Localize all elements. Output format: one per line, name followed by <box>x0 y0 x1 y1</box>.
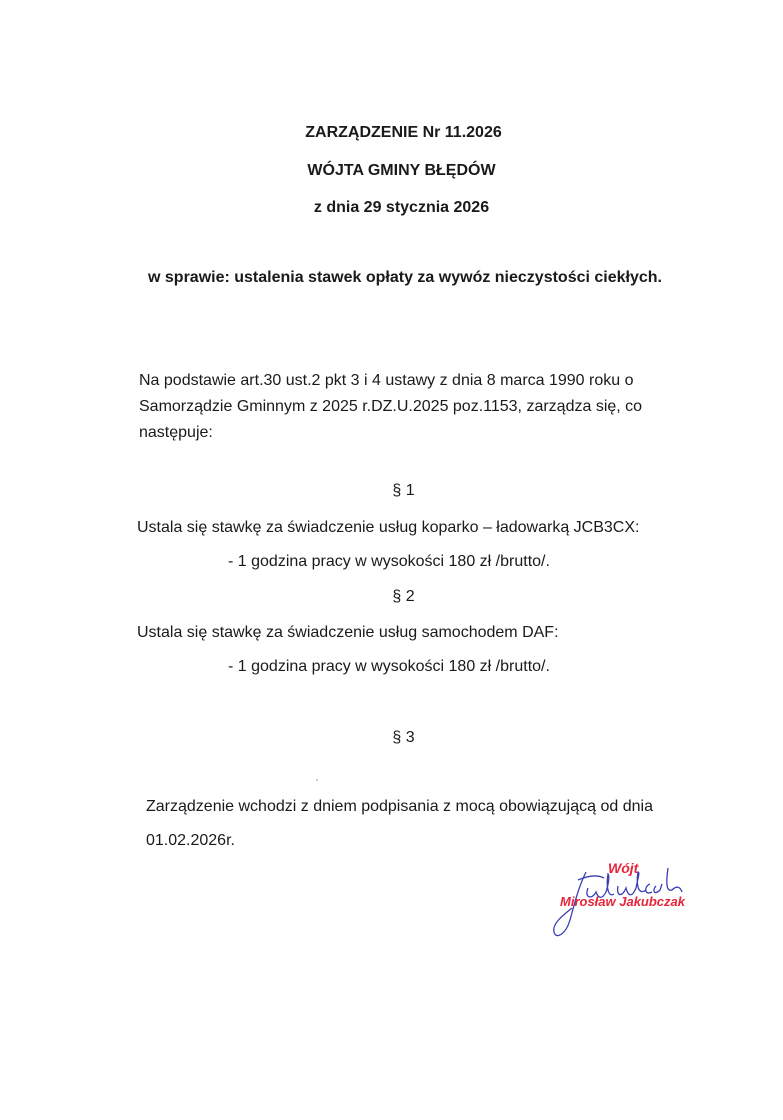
section-1-rate: - 1 godzina pracy w wysokości 180 zł /br… <box>228 553 550 571</box>
signature-name: Mirosław Jakubczak <box>560 894 685 909</box>
scan-speck <box>316 779 318 781</box>
section-symbol-1: § 1 <box>12 482 783 500</box>
legal-basis-paragraph: Na podstawie art.30 ust.2 pkt 3 i 4 usta… <box>139 368 659 446</box>
section-3-text: Zarządzenie wchodzi z dniem podpisania z… <box>146 798 653 816</box>
signature-title: Wójt <box>608 860 638 876</box>
section-2-rate: - 1 godzina pracy w wysokości 180 zł /br… <box>228 658 550 676</box>
section-symbol-2: § 2 <box>12 588 783 606</box>
section-2-text: Ustala się stawkę za świadczenie usług s… <box>137 624 559 642</box>
ordinance-number: ZARZĄDZENIE Nr 11.2026 <box>12 124 783 142</box>
signature-stamp: Wójt Mirosław Jakubczak <box>548 858 708 948</box>
issuer-title: WÓJTA GMINY BŁĘDÓW <box>10 162 783 180</box>
issue-date: z dnia 29 stycznia 2026 <box>10 199 783 217</box>
section-symbol-3: § 3 <box>12 729 783 747</box>
subject-line: w sprawie: ustalenia stawek opłaty za wy… <box>148 269 662 287</box>
section-3-effective-date: 01.02.2026r. <box>146 832 235 850</box>
document-page: ZARZĄDZENIE Nr 11.2026 WÓJTA GMINY BŁĘDÓ… <box>0 0 783 1120</box>
section-1-text: Ustala się stawkę za świadczenie usług k… <box>137 519 639 537</box>
